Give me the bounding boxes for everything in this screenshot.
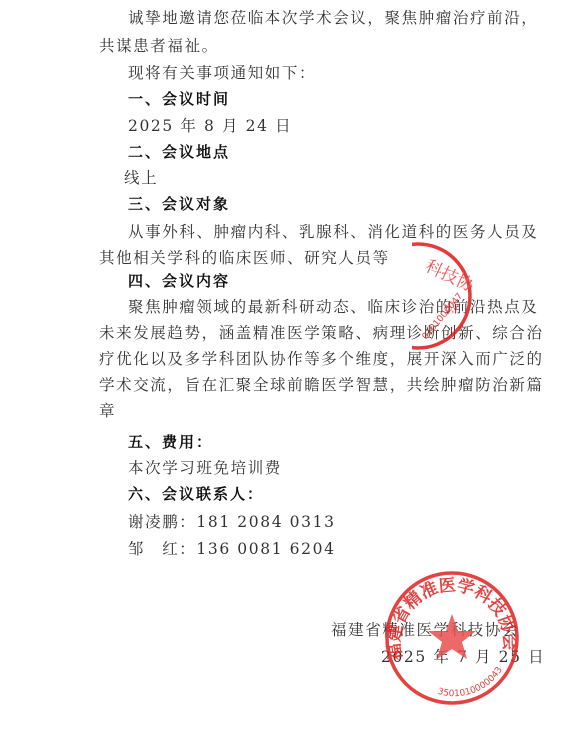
- audience-line-1: 从事外科、肿瘤内科、乳腺科、消化道科的医务人员及: [128, 222, 538, 242]
- signature-date: 2025 年 7 月 25 日: [381, 647, 545, 667]
- audience-line-2: 其他相关学科的临床医师、研究人员等: [99, 248, 390, 268]
- notice-line: 现将有关事项通知如下：: [128, 63, 316, 83]
- section-5-heading: 五、费用：: [128, 432, 213, 452]
- content-line-1: 聚焦肿瘤领域的最新科研动态、临床诊治的前沿热点及: [128, 297, 538, 317]
- meeting-date: 2025 年 8 月 24 日: [128, 116, 292, 136]
- intro-line-2: 共谋患者福祉。: [99, 36, 219, 56]
- content-line-4: 学术交流，旨在汇聚全球前瞻医学智慧，共绘肿瘤防治新篇: [99, 375, 544, 395]
- section-2-heading: 二、会议地点: [128, 142, 230, 162]
- content-line-3: 疗优化以及多学科团队协作等多个维度，展开深入而广泛的: [99, 349, 544, 369]
- contact-1: 谢凌鹏：181 2084 0313: [128, 512, 336, 532]
- section-4-heading: 四、会议内容: [128, 271, 230, 291]
- contact-2: 邹 红：136 0081 6204: [128, 539, 336, 559]
- svg-text:3501010000043: 3501010000043: [437, 665, 505, 699]
- section-6-heading: 六、会议联系人：: [128, 484, 264, 504]
- fee-line: 本次学习班免培训费: [128, 458, 282, 478]
- content-line-2: 未来发展趋势，涵盖精准医学策略、病理诊断创新、综合治: [99, 323, 544, 343]
- meeting-location: 线上: [124, 168, 158, 188]
- section-3-heading: 三、会议对象: [128, 194, 230, 214]
- svg-text:科技协: 科技协: [422, 256, 478, 296]
- content-line-5: 章: [99, 401, 116, 421]
- signature-org: 福建省精准医学科技协会: [331, 620, 519, 640]
- intro-line-1: 诚挚地邀请您莅临本次学术会议，聚焦肿瘤治疗前沿，: [128, 8, 538, 28]
- section-1-heading: 一、会议时间: [128, 89, 230, 109]
